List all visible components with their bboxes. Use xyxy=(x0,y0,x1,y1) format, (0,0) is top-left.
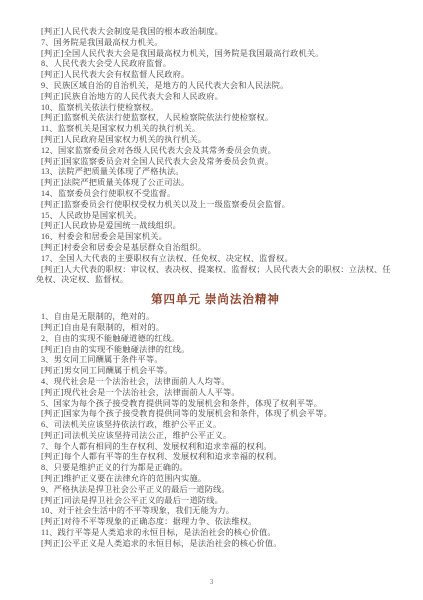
text-line: 16、村委会和居委会是国家机关。 xyxy=(36,232,396,243)
text-line: 11、践行平等是人类追求的永恒目标，是法治社会的核心价值。 xyxy=(36,528,396,539)
text-line: [判正]男女同工同酬属于机会平等。 xyxy=(36,366,396,377)
text-line: 8、只要是维护正义的行为都是正确的。 xyxy=(36,463,396,474)
unit-heading: 第四单元 崇尚法治精神 xyxy=(36,293,395,307)
text-line: 9、严格执法是捍卫社会公平正义的最后一道防线。 xyxy=(36,485,396,496)
text-line: [判正]对待不平等现象的正确态度：据理力争、依法维权。 xyxy=(36,517,396,528)
text-line: [判正]监察机关依法行使监察权，人民检察院依法行使检察权。 xyxy=(36,113,396,124)
text-line: 8、人民代表大会受人民政府监督。 xyxy=(36,59,396,70)
text-line: 13、法院严把质量关体现了严格执法。 xyxy=(36,167,396,178)
text-line: 7、每个人都有相同的生存权利、发展权利和追求幸福的权利。 xyxy=(36,442,396,453)
text-line: [判正]自由是有限制的，相对的。 xyxy=(36,323,396,334)
text-line: [判正]维护正义要在法律允许的范围内实施。 xyxy=(36,474,396,485)
text-line: 3、男女同工同酬属于条件平等。 xyxy=(36,355,396,366)
text-line: [判正]村委会和居委会是基层群众自治组织。 xyxy=(36,243,396,254)
text-line: 10、对于社会生活中的不平等现象，我们无能为力。 xyxy=(36,506,396,517)
text-line: [判正]全国人民代表大会是我国最高权力机关，国务院是我国最高行政机关。 xyxy=(36,49,396,60)
qa-list-bottom: 1、自由是无限制的，绝对的。[判正]自由是有限制的，相对的。2、自由的实现不能触… xyxy=(36,312,396,550)
text-line: 7、国务院是我国最高权力机关。 xyxy=(36,38,396,49)
page-number: 3 xyxy=(0,578,423,586)
text-line: [判正]人民政府是国家权力机关的执行机关。 xyxy=(36,135,396,146)
text-line: 11、监察机关是国家权力机关的执行机关。 xyxy=(36,124,396,135)
text-line: 9、民族区域自治的自治机关，是地方的人民代表大会和人民法院。 xyxy=(36,81,396,92)
text-line: [判正]人民政协是爱国统一战线组织。 xyxy=(36,221,396,232)
text-line: [判正]每个人都有平等的生存权利、发展权利和追求幸福的权利。 xyxy=(36,452,396,463)
text-line: 4、现代社会是一个法治社会，法律面前人人均等。 xyxy=(36,377,396,388)
text-line: [判正]法院严把质量关体现了公正司法。 xyxy=(36,178,396,189)
text-line: [判正]监察委员会行使职权受权力机关以及上一级监察委员会监督。 xyxy=(36,200,396,211)
text-line: [判正]人民代表大会制度是我国的根本政治制度。 xyxy=(36,27,396,38)
text-line: 14、监察委员会行使职权不受监督。 xyxy=(36,189,396,200)
text-line: [判正]国家监察委员会对全国人民代表大会及常务委员会负责。 xyxy=(36,157,396,168)
text-line: 12、国家监察委员会对各级人民代表大会及其常务委员会负责。 xyxy=(36,146,396,157)
text-line: 10、监察机关依法行使检察权。 xyxy=(36,103,396,114)
text-line: [判正]人民代表大会有权监督人民政府。 xyxy=(36,70,396,81)
text-line: 6、司法机关应该坚持依法行政，维护公平正义。 xyxy=(36,420,396,431)
text-line: [判正]国家为每个孩子接受教育提供同等的发展机会和条件，体现了机会平等。 xyxy=(36,409,396,420)
text-line: 5、国家为每个孩子接受教育提供同等的发展机会和条件，体现了权利平等。 xyxy=(36,399,396,410)
qa-list-top: [判正]人民代表大会制度是我国的根本政治制度。7、国务院是我国最高权力机关。[判… xyxy=(36,27,396,286)
text-line: [判正]现代社会是一个法治社会，法律面前人人平等。 xyxy=(36,388,396,399)
text-line: [判正]公平正义是人类追求的永恒目标，是法治社会的核心价值。 xyxy=(36,539,396,550)
document-page: [判正]人民代表大会制度是我国的根本政治制度。7、国务院是我国最高权力机关。[判… xyxy=(0,0,423,600)
text-line: 1、自由是无限制的，绝对的。 xyxy=(36,312,396,323)
text-line: 2、自由的实现不能触碰道德的红线。 xyxy=(36,334,396,345)
text-line: 15、人民政协是国家机关。 xyxy=(36,211,396,222)
text-line: [判正]司法机关应该坚持司法公正，维护公平正义。 xyxy=(36,431,396,442)
text-line: [判正]自由的实现不能触碰法律的红线。 xyxy=(36,345,396,356)
text-line: [判正]民族自治地方的人民代表大会和人民政府。 xyxy=(36,92,396,103)
text-line: [判正]人大代表的职权：审议权、表决权、提案权、监督权；人民代表大会的职权：立法… xyxy=(36,265,396,287)
text-line: 17、全国人大代表的主要职权有立法权、任免权、决定权、监督权。 xyxy=(36,254,396,265)
text-line: [判正]司法是捍卫社会公平正义的最后一道防线。 xyxy=(36,496,396,507)
